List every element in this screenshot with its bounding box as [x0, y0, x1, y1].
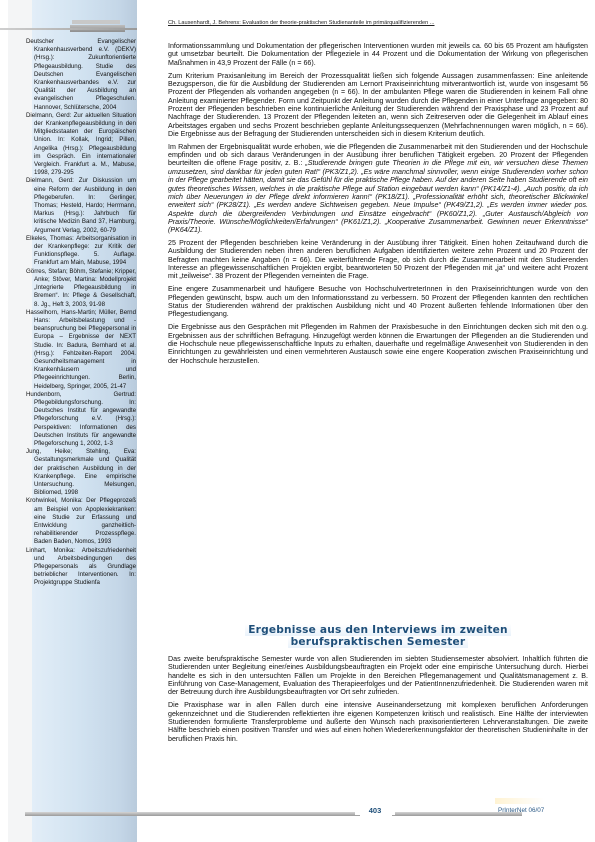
body-paragraph: 25 Prozent der Pflegenden beschrieben ke… [168, 239, 588, 281]
reference-item: Dielmann, Gerd: Zur aktuellen Situation … [26, 112, 136, 178]
body-paragraph: Die Praxisphase war in allen Fällen durc… [168, 701, 588, 743]
reference-item: Elkeles, Thomas: Arbeitsorganisation in … [26, 235, 136, 268]
body-paragraph: Die Ergebnisse aus den Gesprächen mit Pf… [168, 323, 588, 365]
document-page: Ch. Lausenhardt, J. Behrens: Evaluation … [0, 0, 595, 842]
interview-quotes: „Studierende bringen gute Theorien in di… [168, 159, 588, 234]
reference-item: Hasselhorn, Hans-Martin; Müller, Bernd H… [26, 309, 136, 391]
reference-item: Dielmann, Gerd: Zur Diskussion um eine R… [26, 177, 136, 234]
reference-item: Jung, Heike; Stehling, Eva: Gestaltungsm… [26, 448, 136, 497]
body-paragraph: Eine engere Zusammenarbeit und häufigere… [168, 285, 588, 318]
page-number: 403 [355, 806, 395, 815]
reference-item: Hundenborn, Gertrud: Pflegebildungsforsc… [26, 391, 136, 448]
reference-item: Linhart, Monika: Arbeitszufriedenheit un… [26, 547, 136, 588]
journal-logo [60, 20, 132, 34]
body-paragraph: Zum Kriterium Praxisanleitung im Bereich… [168, 72, 588, 139]
body-paragraph: Das zweite berufspraktische Semester wur… [168, 655, 588, 697]
reference-item: Deutscher Evangelischer Krankenhausverbe… [26, 38, 136, 112]
section-heading-line-2: berufspraktischen Semester [288, 636, 469, 648]
section-heading-line-1: Ergebnisse aus den Interviews im zweiten [245, 624, 511, 636]
journal-tag-highlight [495, 798, 545, 804]
running-header: Ch. Lausenhardt, J. Behrens: Evaluation … [168, 20, 588, 27]
reference-item: Görres, Stefan; Böhm, Stefanie; Kripper,… [26, 268, 136, 309]
body-paragraph-with-quotes: Im Rahmen der Ergebnisqualität wurde erh… [168, 143, 588, 235]
body-paragraph: Informationssammlung und Dokumentation d… [168, 42, 588, 67]
section-body-text: Das zweite berufspraktische Semester wur… [168, 655, 588, 747]
reference-item: Krohwinkel, Monika: Der Pflegeprozeß am … [26, 497, 136, 546]
header-rule [0, 28, 137, 30]
main-body-text: Informationssammlung und Dokumentation d… [168, 42, 588, 369]
journal-issue-label: PrInterNet 06/07 [498, 807, 593, 814]
reference-list: Deutscher Evangelischer Krankenhausverbe… [26, 38, 136, 588]
section-heading: Ergebnisse aus den Interviews im zweiten… [168, 624, 588, 648]
logo-top-bar [72, 20, 120, 24]
footer-rule-left [25, 812, 360, 816]
